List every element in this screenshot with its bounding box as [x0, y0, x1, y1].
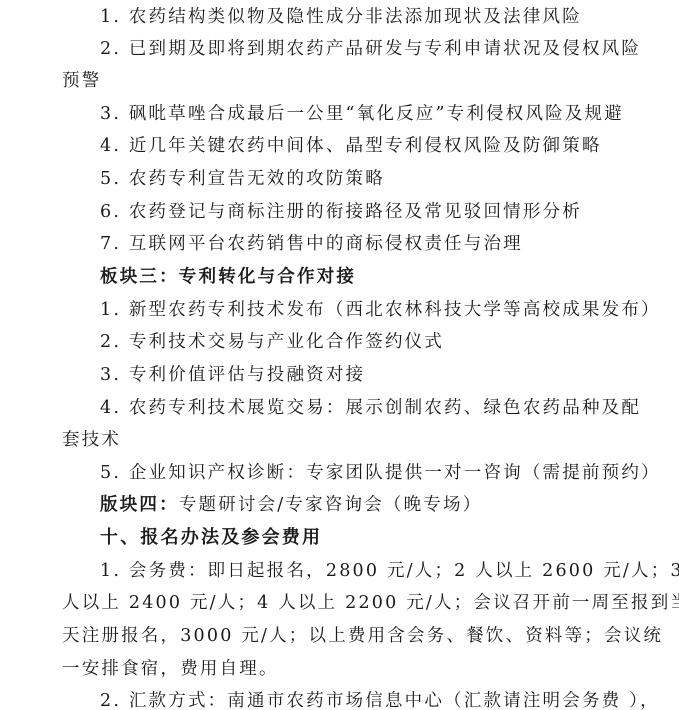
section-heading-block-4: 版块四：专题研讨会/专家咨询会（晚专场）: [100, 494, 482, 516]
list-item-block3-4-continued: 套技术: [62, 429, 121, 451]
fee-paragraph-line-3: 天注册报名，3000 元/人；以上费用含会务、餐饮、资料等；会议统: [62, 625, 663, 647]
list-item-topic-2-continued: 预警: [62, 70, 101, 92]
list-item-topic-4: 4. 近几年关键农药中间体、晶型专利侵权风险及防御策略: [100, 135, 602, 157]
list-item-topic-3: 3. 砜吡草唑合成最后一公里“氧化反应”专利侵权风险及规避: [100, 103, 624, 125]
block-4-description: 专题研讨会/专家咨询会（晚专场）: [179, 495, 483, 515]
section-heading-block-3: 板块三：专利转化与合作对接: [100, 266, 356, 288]
fee-paragraph-line-2: 人以上 2400 元/人；4 人以上 2200 元/人；会议召开前一周至报到当: [62, 592, 679, 614]
list-item-topic-1: 1. 农药结构类似物及隐性成分非法添加现状及法律风险: [100, 6, 582, 28]
section-heading-registration: 十、报名办法及参会费用: [100, 527, 322, 549]
list-item-topic-2: 2. 已到期及即将到期农药产品研发与专利申请状况及侵权风险: [100, 38, 641, 60]
list-item-block3-3: 3. 专利价值评估与投融资对接: [100, 364, 365, 386]
list-item-block3-5: 5. 企业知识产权诊断：专家团队提供一对一咨询（需提前预约）: [100, 462, 661, 484]
list-item-topic-7: 7. 互联网平台农药销售中的商标侵权责任与治理: [100, 233, 523, 255]
list-item-block3-2: 2. 专利技术交易与产业化合作签约仪式: [100, 331, 444, 353]
list-item-block3-4: 4. 农药专利技术展览交易：展示创制农药、绿色农药品种及配: [100, 397, 641, 419]
fee-paragraph-line-4: 一安排食宿，费用自理。: [62, 658, 279, 680]
payment-method-line: 2. 汇款方式：南通市农药市场信息中心（汇款请注明会务费 ），: [100, 690, 660, 710]
list-item-block3-1: 1. 新型农药专利技术发布（西北农林科技大学等高校成果发布）: [100, 299, 661, 321]
list-item-topic-5: 5. 农药专利宣告无效的攻防策略: [100, 168, 385, 190]
fee-paragraph-line-1: 1. 会务费：即日起报名，2800 元/人；2 人以上 2600 元/人；3: [100, 560, 679, 582]
list-item-topic-6: 6. 农药登记与商标注册的衔接路径及常见驳回情形分析: [100, 201, 582, 223]
document-page: 1. 农药结构类似物及隐性成分非法添加现状及法律风险 2. 已到期及即将到期农药…: [0, 0, 679, 710]
block-4-label: 版块四：: [100, 495, 179, 515]
